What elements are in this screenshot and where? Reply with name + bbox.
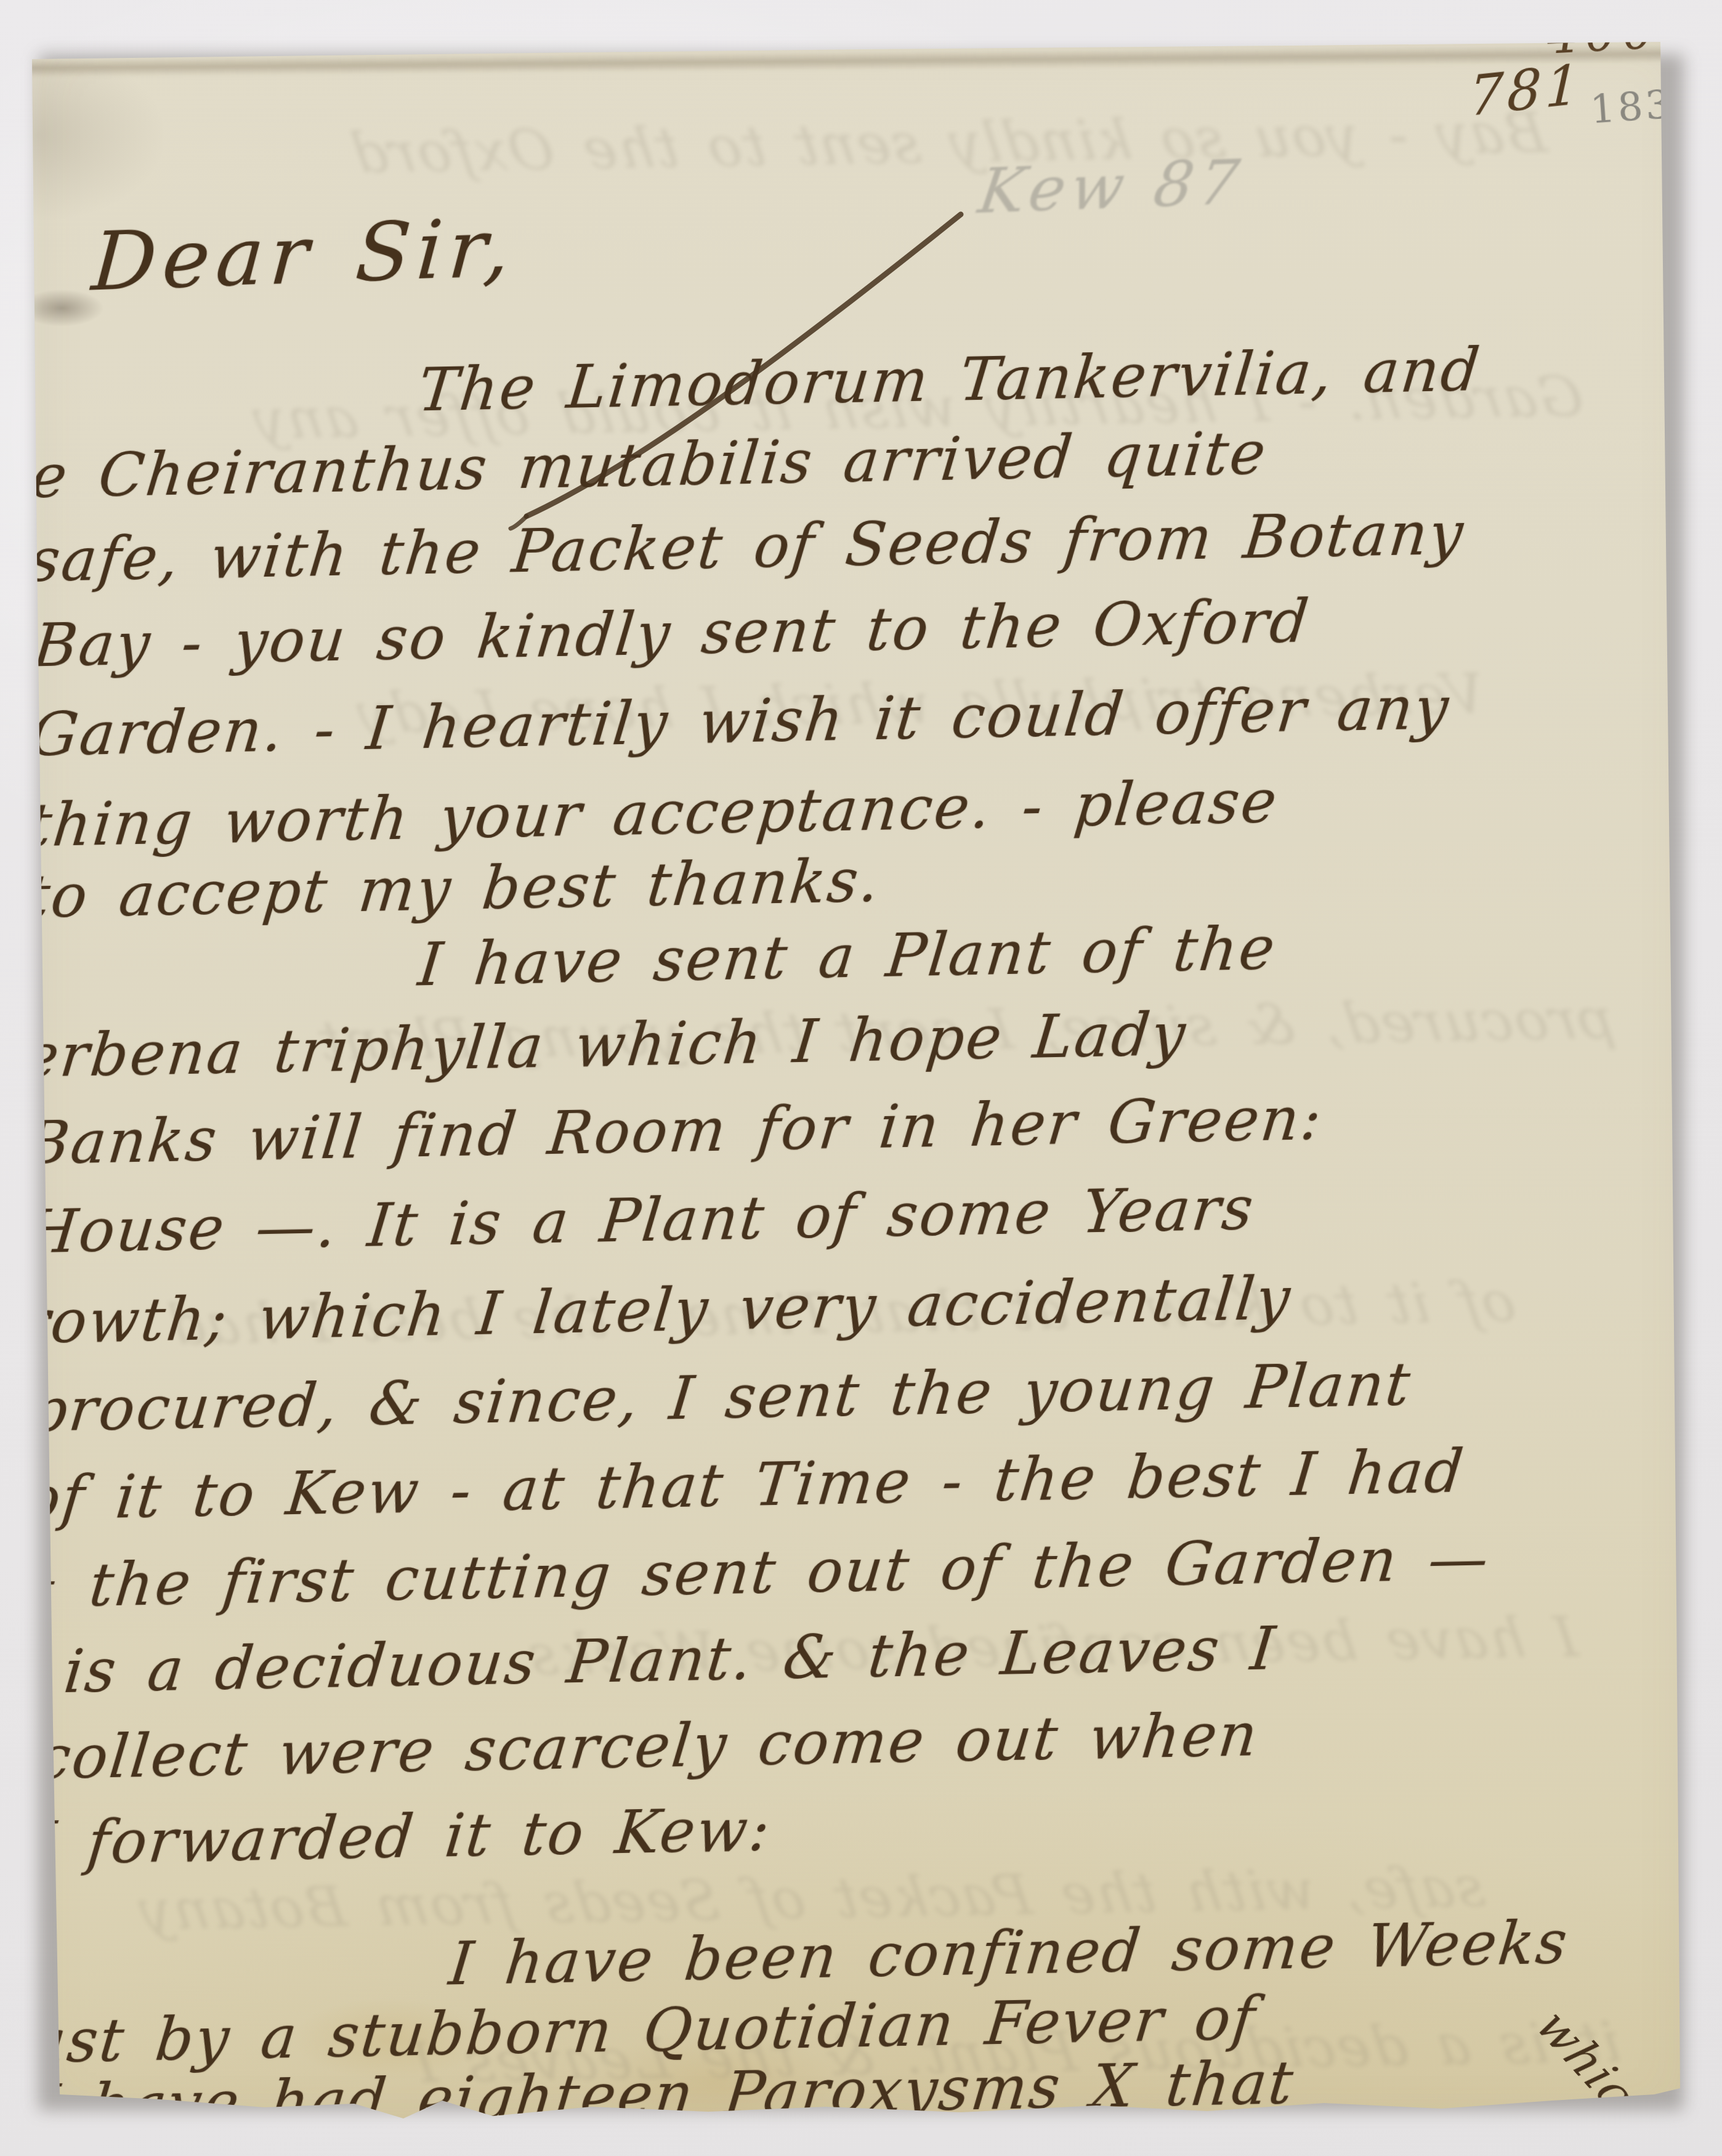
letter-line: Bay - you so kindly sent to the Oxford <box>31 591 1313 675</box>
letter-line: Banks will find Room for in her Green: <box>23 1088 1326 1173</box>
letter-line: safe, with the Packet of Seeds from Bota… <box>26 503 1468 590</box>
letter-line: recollect were scarcely come out when <box>0 1705 1262 1789</box>
letter-page: 400 781 183 Kew 87 Bay - you so kindly s… <box>0 0 1722 2156</box>
letter-line: thing worth your acceptance. - please <box>25 772 1281 855</box>
fold-crease <box>25 44 1681 77</box>
bleed-line: Bay - you so kindly sent to the Oxford <box>346 100 1550 186</box>
folio-number-ink: 781 <box>1468 52 1585 128</box>
scanner-background: 400 781 183 Kew 87 Bay - you so kindly s… <box>0 0 1722 2156</box>
letter-line: the Cheiranthus mutabilis arrived quite <box>0 423 1270 508</box>
salutation: Dear Sir, <box>89 207 519 302</box>
letter-line: I have been confined some Weeks <box>447 1913 1572 1993</box>
letter-line: & the first cutting sent out of the Gard… <box>2 1529 1493 1616</box>
letter-line: Garden. - I heartily wish it could offer… <box>28 678 1453 764</box>
letter-line: of it to Kew - at that Time - the best I… <box>22 1441 1468 1528</box>
letter-line: growth; which I lately very accidentally <box>0 1268 1295 1353</box>
letter-line: to accept my best thanks. <box>23 851 884 926</box>
letter-line: it is a deciduous Plant. & the Leaves I <box>0 1619 1279 1703</box>
letter-line: procured, & since, I sent the young Plan… <box>26 1355 1415 1440</box>
pencil-annotation: Kew 87 <box>974 146 1249 228</box>
letter-line: House —. It is a Plant of some Years <box>23 1179 1258 1262</box>
margin-word: which <box>1525 2001 1668 2143</box>
letter-line: I have sent a Plant of the <box>416 918 1279 994</box>
letter-line: Verbena triphylla which I hope Lady <box>0 1004 1190 1087</box>
letter-line: I forwarded it to Kew: <box>29 1800 774 1873</box>
letter-line: The Limodorum Tankervilia, and <box>416 340 1484 419</box>
